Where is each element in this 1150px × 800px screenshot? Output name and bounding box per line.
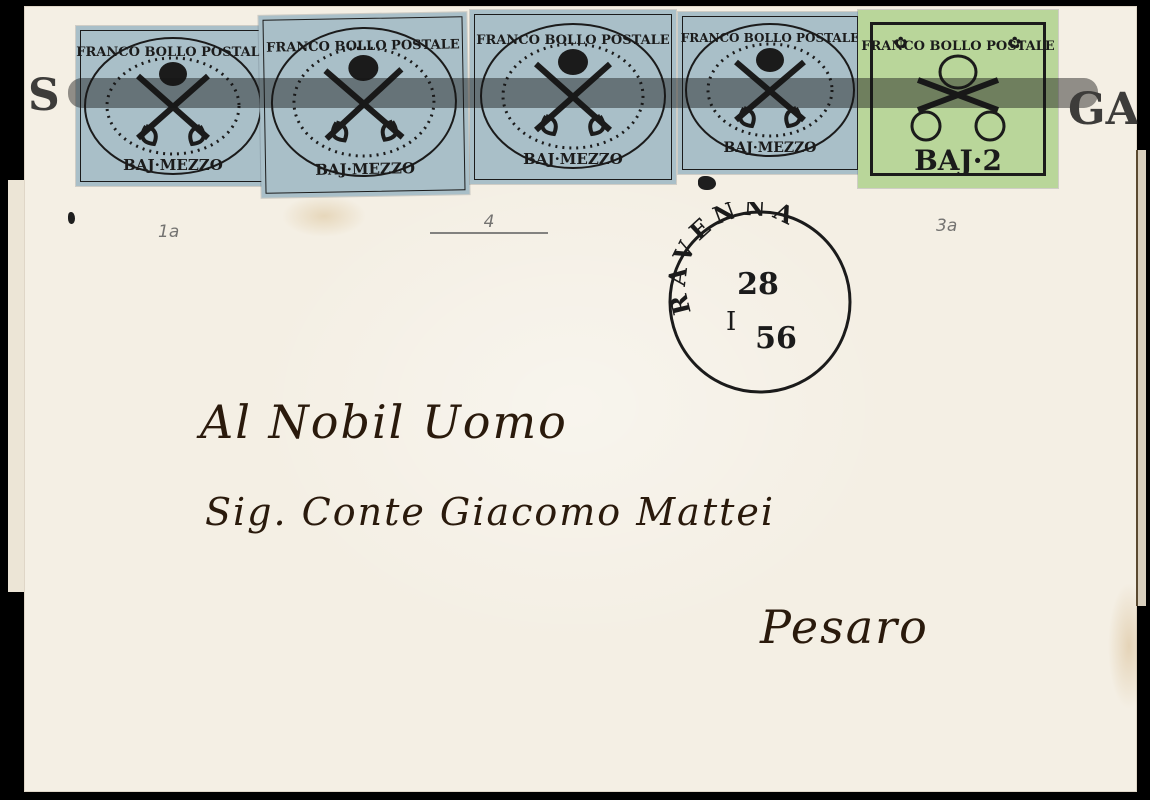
papal-keys-emblem-icon: FRANCO BOLLO POSTALE BAJ·MEZZO [258, 12, 469, 198]
svg-text:BAJ·MEZZO: BAJ·MEZZO [523, 150, 623, 168]
address-line-1: Al Nobil Uomo [200, 395, 568, 449]
pencil-note-3a: 3a [936, 216, 957, 236]
stamp-3: FRANCO BOLLO POSTALE BAJ·MEZZO [470, 10, 676, 184]
cover-fold-right [1136, 150, 1146, 606]
stamp-1: FRANCO BOLLO POSTALE BAJ·MEZZO [76, 26, 270, 186]
svg-text:✿: ✿ [894, 33, 907, 52]
papal-tiara-emblem-icon: FRANCO BOLLO POSTALE ✿ ✿ BAJ·2 [858, 10, 1058, 188]
svg-text:FRANCO BOLLO POSTALE: FRANCO BOLLO POSTALE [76, 45, 270, 60]
papal-keys-emblem-icon: FRANCO BOLLO POSTALE BAJ·MEZZO [678, 12, 862, 174]
papal-keys-emblem-icon: FRANCO BOLLO POSTALE BAJ·MEZZO [76, 26, 270, 186]
pencil-note-1a: 1a [158, 222, 179, 242]
svg-text:BAJ·MEZZO: BAJ·MEZZO [123, 156, 223, 174]
svg-text:56: 56 [755, 321, 797, 356]
stamp-4: FRANCO BOLLO POSTALE BAJ·MEZZO [678, 12, 862, 174]
pencil-note-4: 4 [430, 212, 548, 234]
svg-text:FRANCO BOLLO POSTALE: FRANCO BOLLO POSTALE [266, 37, 460, 55]
ravenna-postmark: RAVENNA 28 I 56 [664, 202, 856, 402]
svg-text:RAVENNA: RAVENNA [664, 202, 804, 318]
address-line-2: Sig. Conte Giacomo Mattei [205, 490, 775, 534]
svg-text:FRANCO BOLLO POSTALE: FRANCO BOLLO POSTALE [476, 33, 670, 48]
svg-text:✿: ✿ [1008, 33, 1021, 52]
svg-text:FRANCO BOLLO POSTALE: FRANCO BOLLO POSTALE [861, 39, 1055, 54]
stamp-2: FRANCO BOLLO POSTALE BAJ·MEZZO [258, 12, 469, 198]
ink-blot [698, 176, 716, 190]
svg-text:I: I [726, 307, 736, 337]
address-line-3: Pesaro [760, 600, 929, 654]
svg-text:BAJ·2: BAJ·2 [914, 144, 1002, 177]
svg-text:BAJ·MEZZO: BAJ·MEZZO [724, 140, 817, 156]
svg-text:FRANCO BOLLO POSTALE: FRANCO BOLLO POSTALE [681, 31, 860, 45]
stamp-5: FRANCO BOLLO POSTALE ✿ ✿ BAJ·2 [858, 10, 1058, 188]
ink-blot [68, 212, 75, 224]
papal-keys-emblem-icon: FRANCO BOLLO POSTALE BAJ·MEZZO [470, 10, 676, 184]
svg-text:28: 28 [737, 267, 779, 302]
svg-text:BAJ·MEZZO: BAJ·MEZZO [315, 159, 415, 179]
